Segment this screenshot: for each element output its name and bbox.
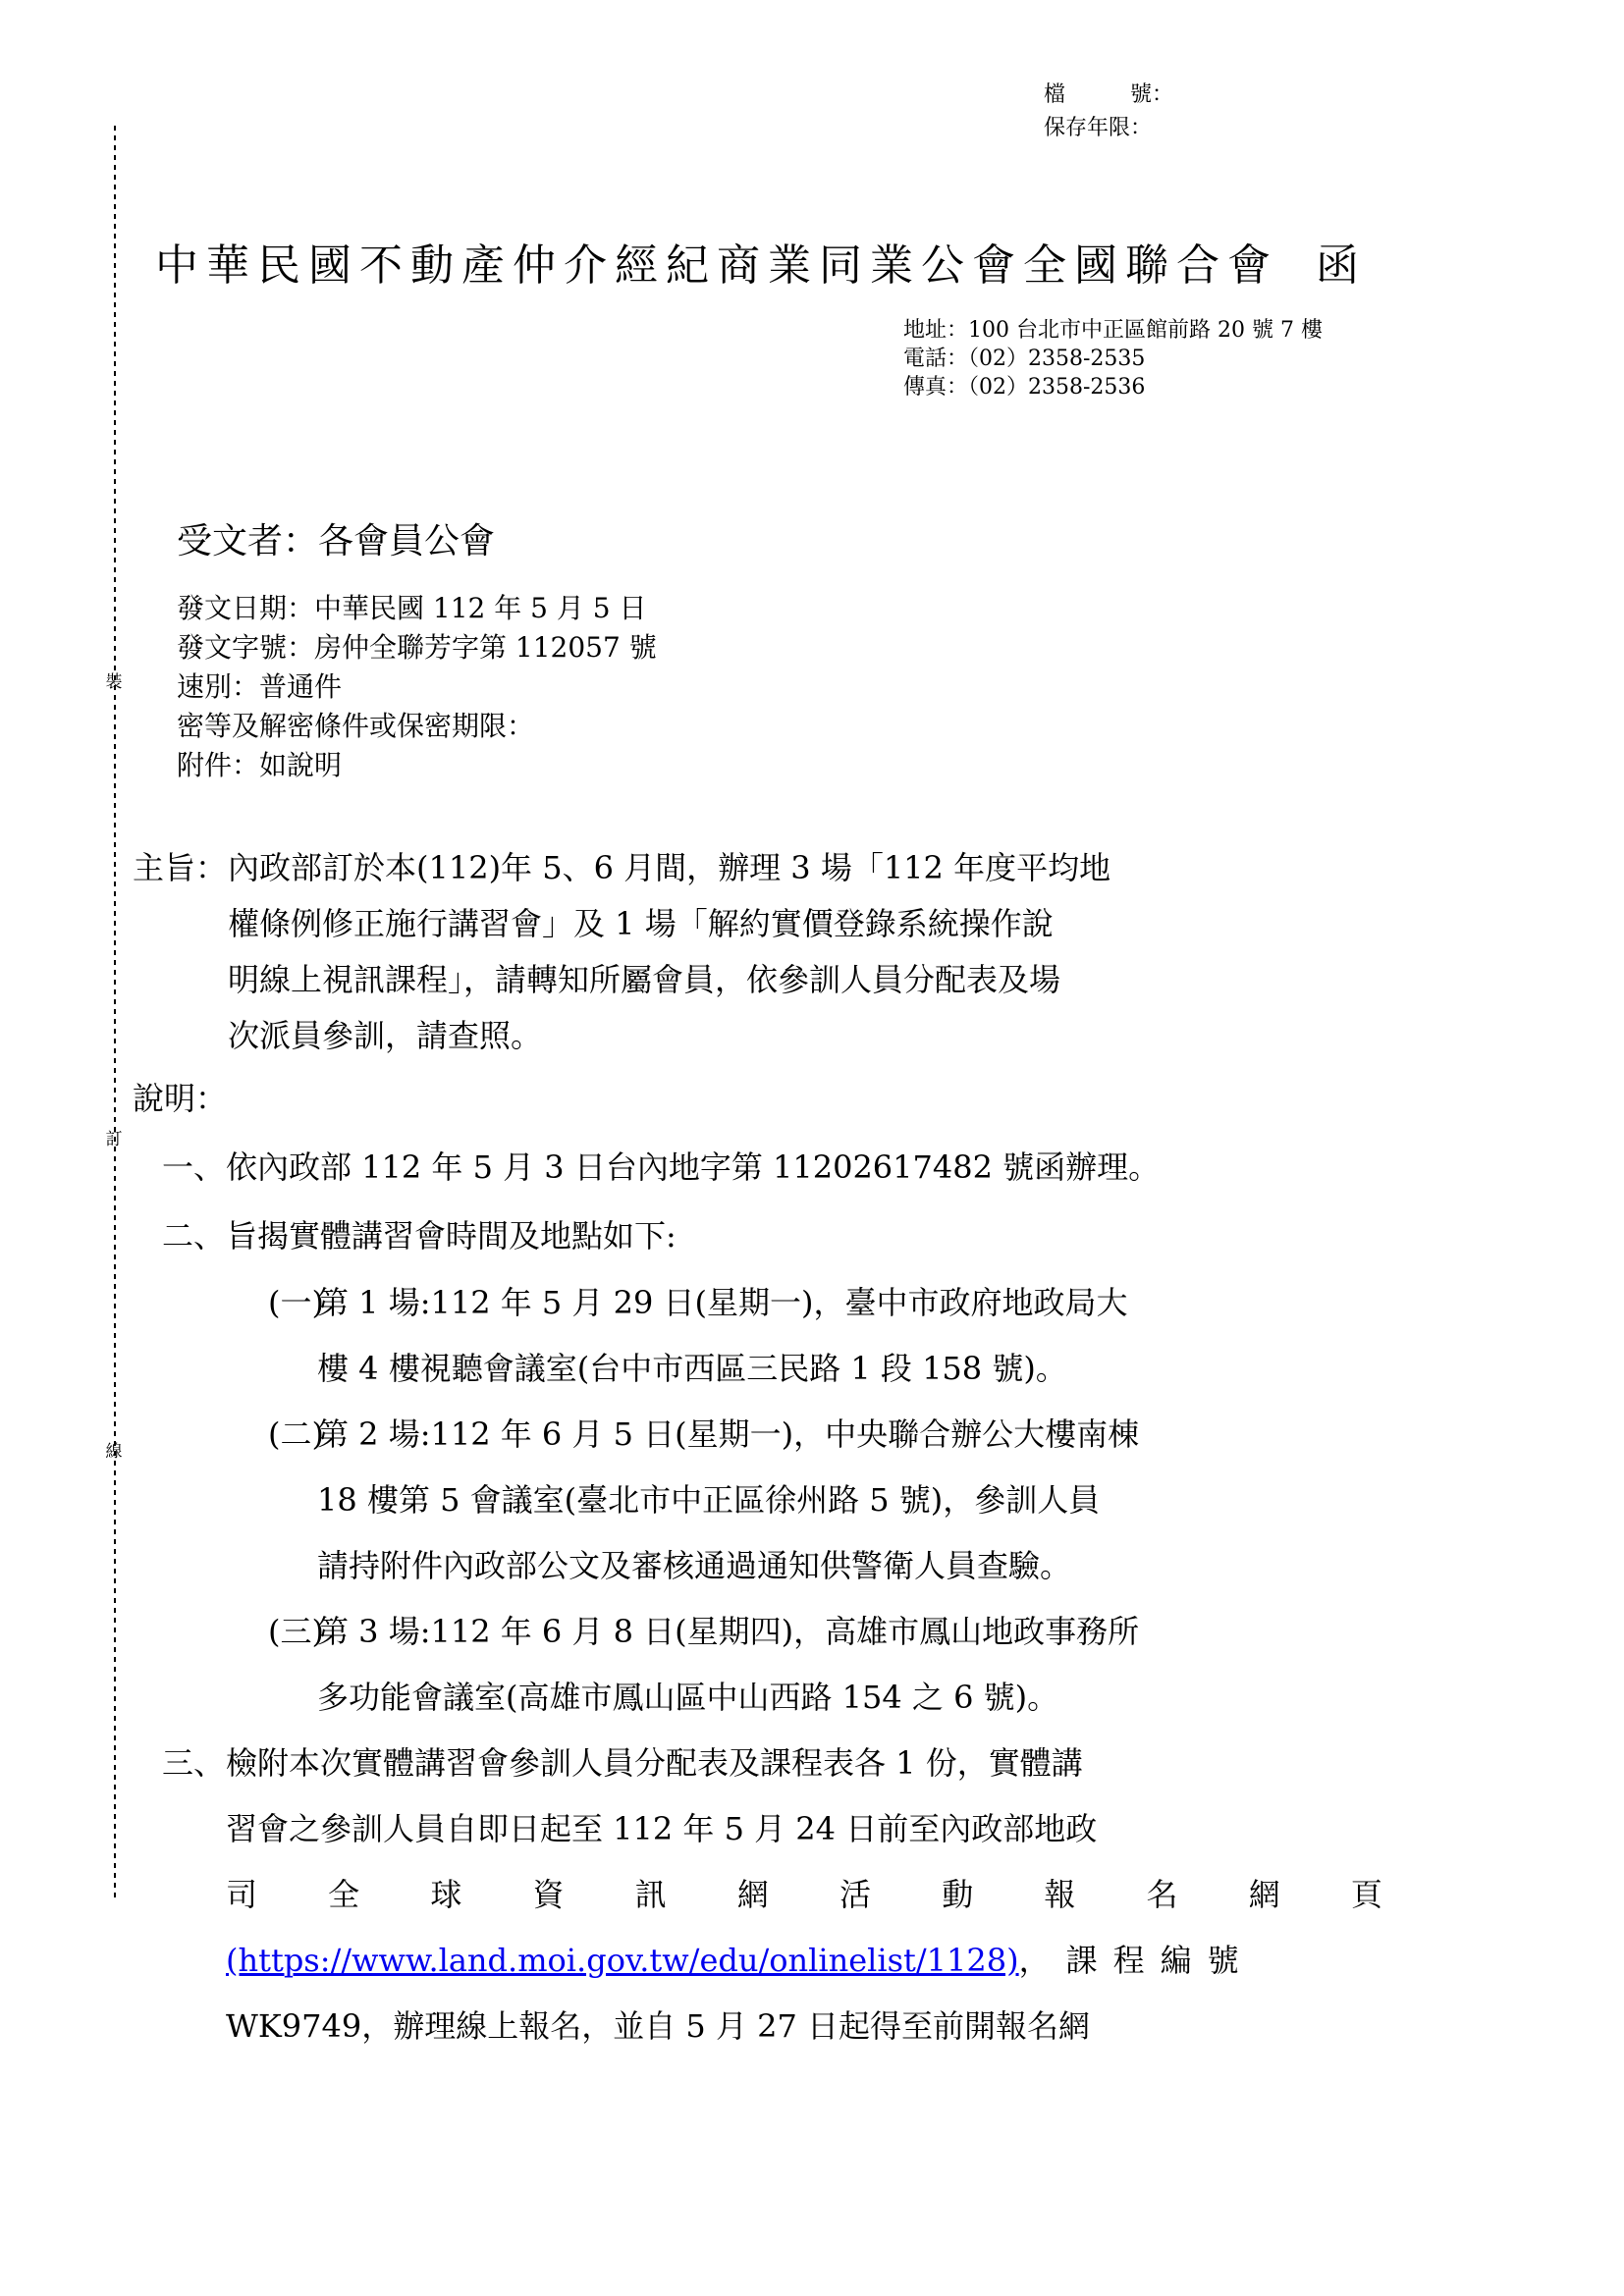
issue-date: 發文日期：中華民國 112 年 5 月 5 日: [177, 589, 657, 628]
description-item-1: 一、依內政部 112 年 5 月 3 日台內地字第 11202617482 號函…: [162, 1133, 1435, 1201]
item-text: 檢附本次實體講習會參訓人員分配表及課程表各 1 份，實體講: [226, 1744, 1083, 1782]
file-header: 檔 號： 保存年限：: [1044, 79, 1173, 145]
item-line: (三)第 3 場:112 年 6 月 8 日(星期四)，高雄市鳳山地政事務所: [268, 1599, 1435, 1665]
item-number: (二): [268, 1402, 317, 1468]
letter-body: 主旨：內政部訂於本(112)年 5、6 月間，辦理 3 場「112 年度平均地 …: [133, 840, 1435, 2059]
subject-line: 主旨：內政部訂於本(112)年 5、6 月間，辦理 3 場「112 年度平均地: [133, 840, 1435, 896]
item-line: 18 樓第 5 會議室(臺北市中正區徐州路 5 號)，參訓人員: [268, 1468, 1435, 1533]
item-number: (三): [268, 1599, 317, 1665]
org-contact-block: 地址：100 台北市中正區館前路 20 號 7 樓 電話：（02）2358-25…: [903, 316, 1323, 401]
session-item-2: (二)第 2 場:112 年 6 月 5 日(星期一)，中央聯合辦公大樓南棟 1…: [268, 1402, 1435, 1599]
item-number: 三、: [162, 1731, 226, 1796]
item-text: 第 1 場:112 年 5 月 29 日(星期一)，臺中市政府地政局大: [317, 1284, 1127, 1321]
binding-char-ding: 訂: [99, 1129, 129, 1150]
item-line: (https://www.land.moi.gov.tw/edu/onlinel…: [162, 1928, 1435, 1994]
subject-line: 權條例修正施行講習會」及 1 場「解約實價登錄系統操作說: [133, 896, 1435, 952]
item-text: 依內政部 112 年 5 月 3 日台內地字第 11202617482 號函辦理…: [226, 1148, 1160, 1186]
attachment-note: 附件：如說明: [177, 746, 657, 785]
item-number: 一、: [162, 1133, 226, 1201]
item-line: 一、依內政部 112 年 5 月 3 日台內地字第 11202617482 號函…: [162, 1133, 1435, 1201]
item-text: 旨揭實體講習會時間及地點如下:: [226, 1217, 677, 1255]
document-meta-block: 發文日期：中華民國 112 年 5 月 5 日 發文字號：房仲全聯芳字第 112…: [177, 589, 657, 785]
description-heading: 說明：: [133, 1064, 1435, 1133]
after-url-text: ，課程編號: [1019, 1942, 1255, 1979]
org-address: 地址：100 台北市中正區館前路 20 號 7 樓: [903, 316, 1323, 345]
issuing-org-name: 中華民國不動產仲介經紀商業同業公會全國聯合會: [155, 240, 1278, 291]
item-line: 二、旨揭實體講習會時間及地點如下:: [162, 1201, 1435, 1270]
file-number-label: 檔 號：: [1044, 79, 1173, 112]
description-item-2: 二、旨揭實體講習會時間及地點如下:: [162, 1201, 1435, 1270]
subject-line: 明線上視訊課程」，請轉知所屬會員，依參訓人員分配表及場: [133, 952, 1435, 1008]
item-text: 第 3 場:112 年 6 月 8 日(星期四)，高雄市鳳山地政事務所: [317, 1613, 1139, 1650]
item-line-justified: 司 全 球 資 訊 網 活 動 報 名 網 頁: [162, 1862, 1435, 1928]
item-number: 二、: [162, 1201, 226, 1270]
binding-dashed-line: [114, 126, 116, 1898]
item-line: 三、檢附本次實體講習會參訓人員分配表及課程表各 1 份，實體講: [162, 1731, 1435, 1796]
binding-char-xian: 線: [99, 1441, 129, 1463]
item-line: (二)第 2 場:112 年 6 月 5 日(星期一)，中央聯合辦公大樓南棟: [268, 1402, 1435, 1468]
subject-line: 次派員參訓，請查照。: [133, 1008, 1435, 1064]
retention-period-label: 保存年限：: [1044, 112, 1173, 145]
item-line: 請持附件內政部公文及審核通過通知供警衛人員查驗。: [268, 1533, 1435, 1599]
security-class: 密等及解密條件或保密期限：: [177, 707, 657, 746]
binding-char-zhuang: 裝: [99, 671, 129, 693]
registration-url-link[interactable]: (https://www.land.moi.gov.tw/edu/onlinel…: [226, 1942, 1019, 1979]
org-phone: 電話：（02）2358-2535: [903, 345, 1323, 373]
item-line: (一)第 1 場:112 年 5 月 29 日(星期一)，臺中市政府地政局大: [268, 1270, 1435, 1336]
document-title: 中華民國不動產仲介經紀商業同業公會全國聯合會函: [155, 230, 1367, 293]
item-line: 習會之參訓人員自即日起至 112 年 5 月 24 日前至內政部地政: [162, 1796, 1435, 1862]
description-item-3: 三、檢附本次實體講習會參訓人員分配表及課程表各 1 份，實體講 習會之參訓人員自…: [162, 1731, 1435, 2059]
session-item-3: (三)第 3 場:112 年 6 月 8 日(星期四)，高雄市鳳山地政事務所 多…: [268, 1599, 1435, 1731]
recipient-line: 受文者：各會員公會: [177, 513, 495, 563]
subject-paragraph: 主旨：內政部訂於本(112)年 5、6 月間，辦理 3 場「112 年度平均地 …: [133, 840, 1435, 1064]
org-fax: 傳真：（02）2358-2536: [903, 373, 1323, 401]
speed-class: 速別：普通件: [177, 667, 657, 707]
official-letter-page: 檔 號： 保存年限： 裝 訂 線 中華民國不動產仲介經紀商業同業公會全國聯合會函…: [0, 0, 1624, 2296]
issue-number: 發文字號：房仲全聯芳字第 112057 號: [177, 628, 657, 667]
item-line: WK9749，辦理線上報名，並自 5 月 27 日起得至前開報名網: [162, 1994, 1435, 2059]
item-line: 樓 4 樓視聽會議室(台中市西區三民路 1 段 158 號)。: [268, 1336, 1435, 1402]
subject-label: 主旨：: [133, 840, 228, 896]
subject-text: 內政部訂於本(112)年 5、6 月間，辦理 3 場「112 年度平均地: [228, 849, 1110, 886]
item-text: 第 2 場:112 年 6 月 5 日(星期一)，中央聯合辦公大樓南棟: [317, 1415, 1139, 1453]
item-line: 多功能會議室(高雄市鳳山區中山西路 154 之 6 號)。: [268, 1665, 1435, 1731]
document-type: 函: [1316, 240, 1367, 291]
session-item-1: (一)第 1 場:112 年 5 月 29 日(星期一)，臺中市政府地政局大 樓…: [268, 1270, 1435, 1402]
item-number: (一): [268, 1270, 317, 1336]
